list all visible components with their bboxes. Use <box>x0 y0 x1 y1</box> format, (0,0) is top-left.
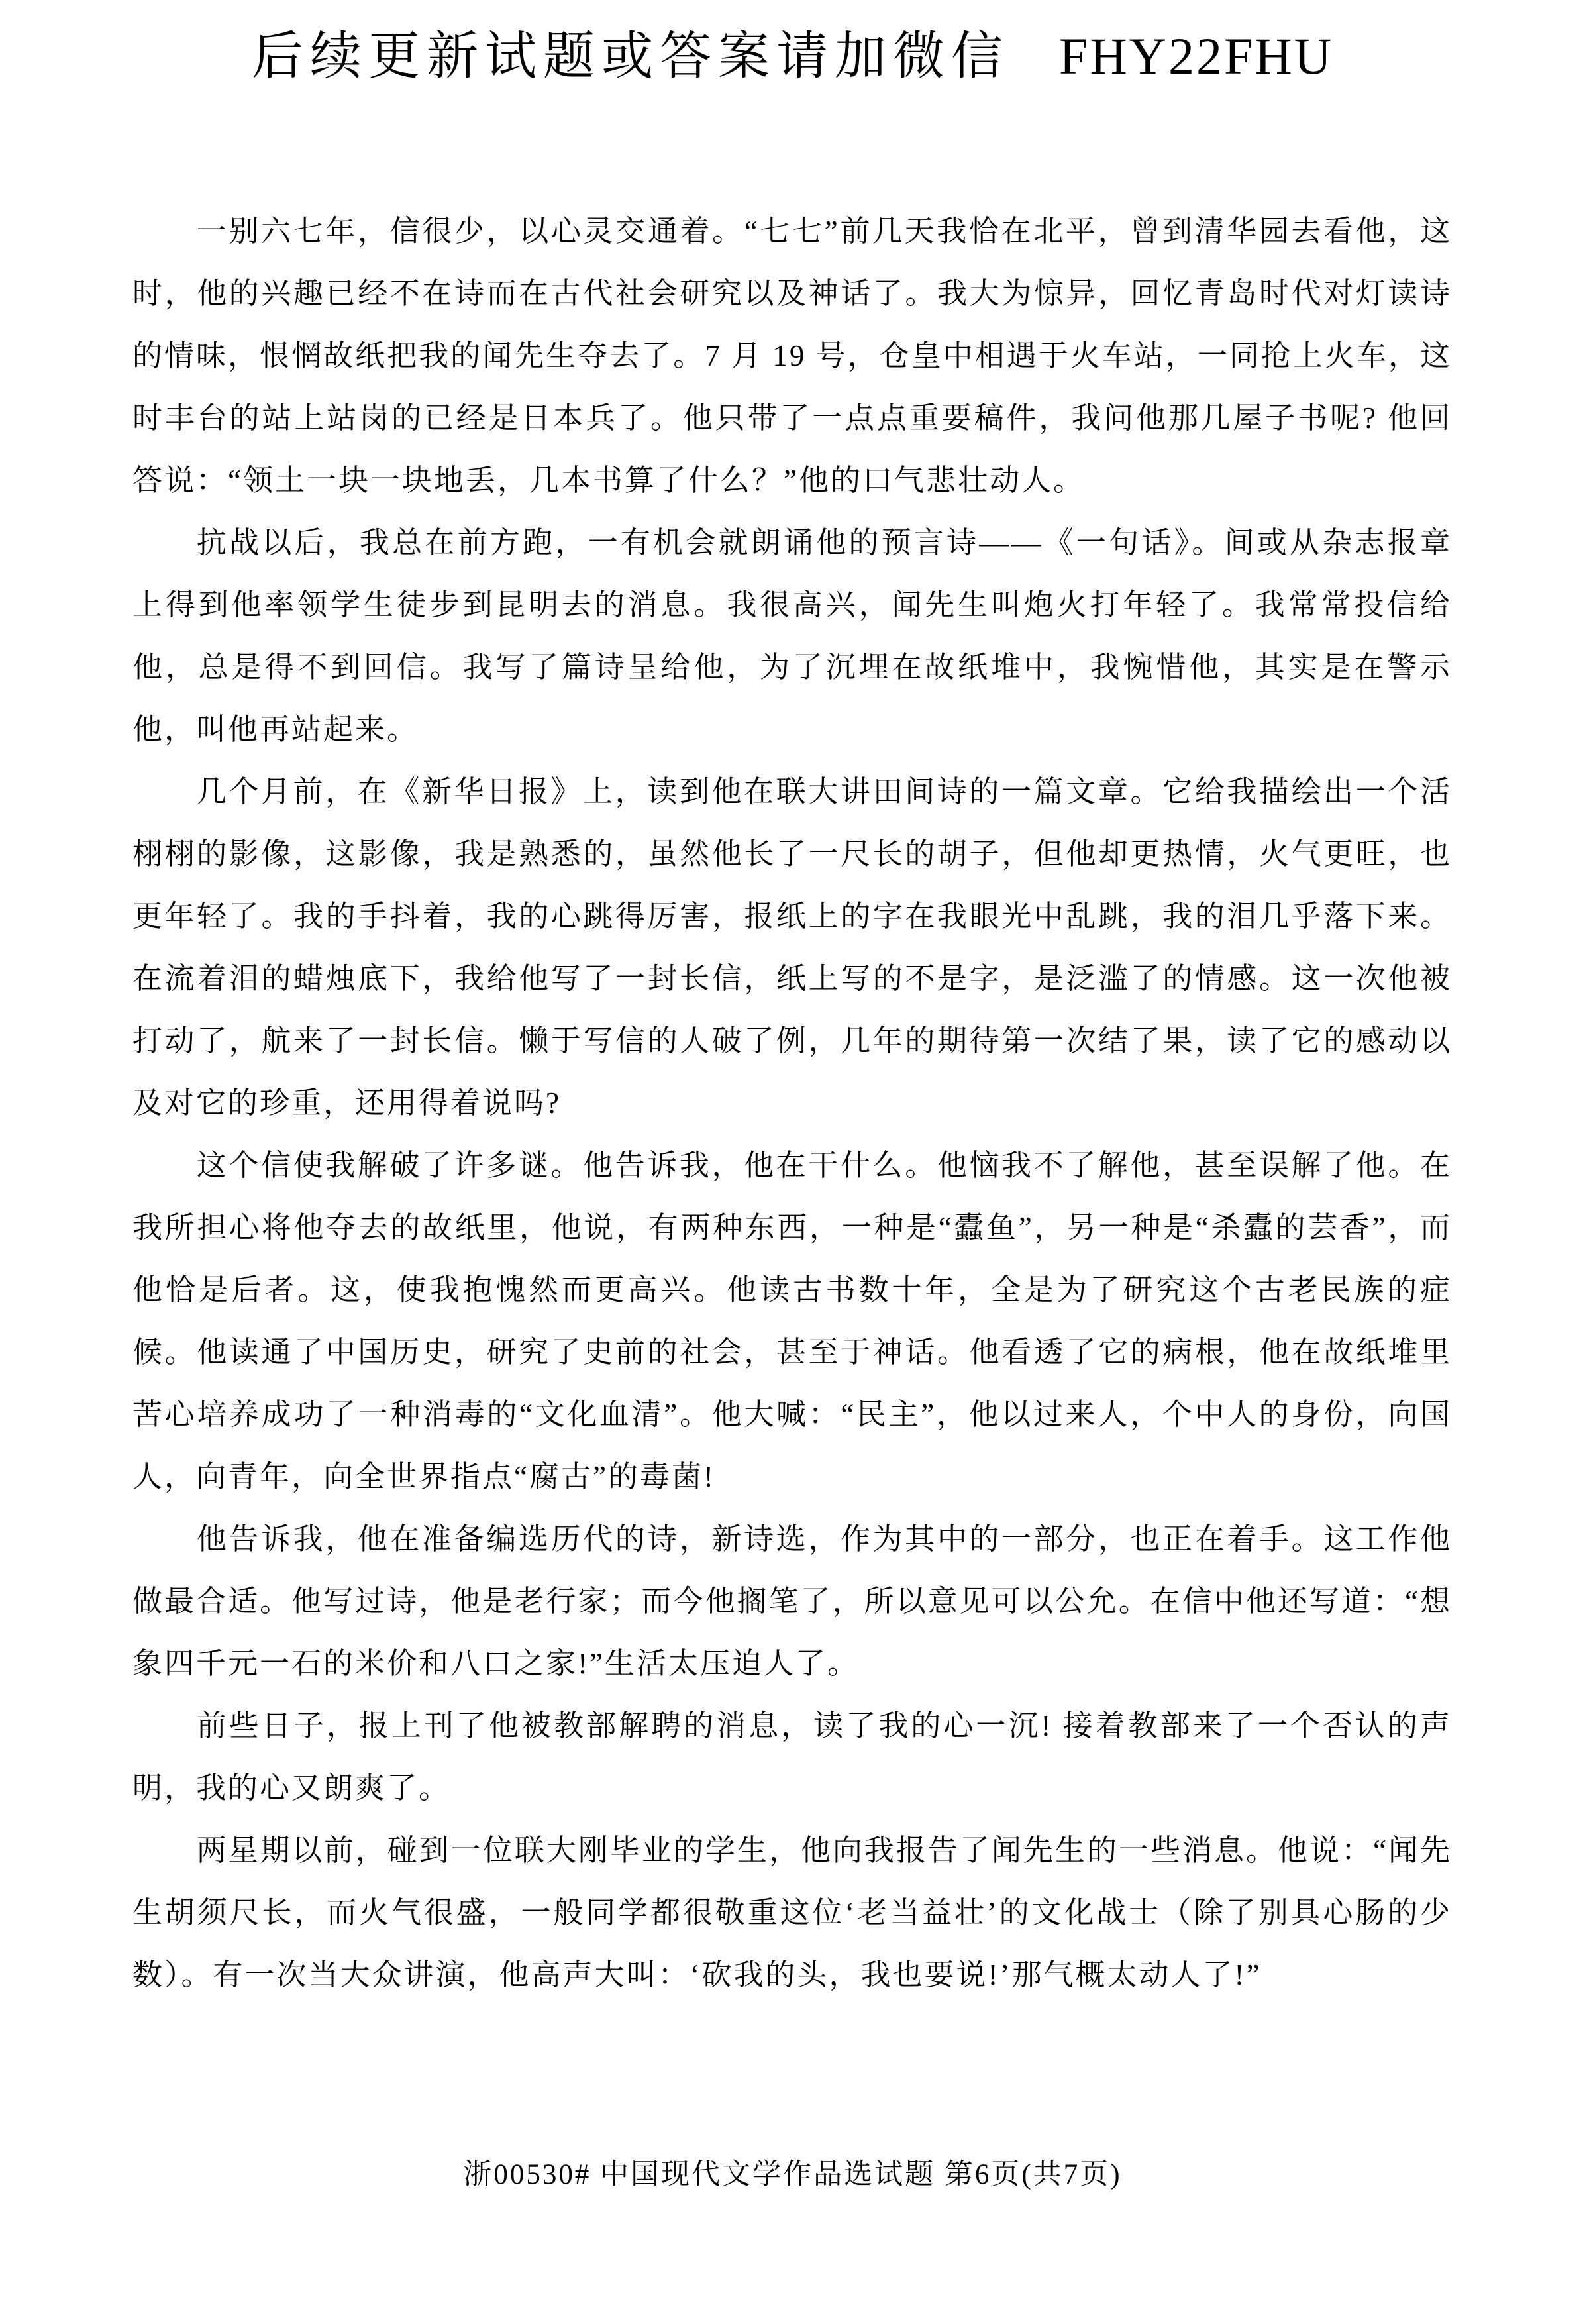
paragraph: 前些日子，报上刊了他被教部解聘的消息，读了我的心一沉! 接着教部来了一个否认的声… <box>132 1695 1452 1819</box>
paragraph: 抗战以后，我总在前方跑，一有机会就朗诵他的预言诗——《一句话》。间或从杂志报章上… <box>132 511 1452 761</box>
paragraph: 这个信使我解破了许多谜。他告诉我，他在干什么。他恼我不了解他，甚至误解了他。在我… <box>132 1134 1452 1508</box>
wechat-contact-note: 后续更新试题或答案请加微信 <box>252 27 1009 85</box>
paragraph: 一别六七年，信很少，以心灵交通着。“七七”前几天我恰在北平，曾到清华园去看他，这… <box>132 200 1452 511</box>
wechat-id: FHY22FHU <box>1059 27 1333 85</box>
paragraph: 两星期以前，碰到一位联大刚毕业的学生，他向我报告了闻先生的一些消息。他说：“闻先… <box>132 1819 1452 2006</box>
footer-page-info: 浙00530# 中国现代文学作品选试题 第6页(共7页) <box>0 2152 1585 2192</box>
page-header: 后续更新试题或答案请加微信FHY22FHU <box>0 20 1585 93</box>
paragraph: 他告诉我，他在准备编选历代的诗，新诗选，作为其中的一部分，也正在着手。这工作他做… <box>132 1508 1452 1695</box>
document-body: 一别六七年，信很少，以心灵交通着。“七七”前几天我恰在北平，曾到清华园去看他，这… <box>132 200 1452 2006</box>
paragraph: 几个月前，在《新华日报》上，读到他在联大讲田间诗的一篇文章。它给我描绘出一个活栩… <box>132 761 1452 1134</box>
exam-paper-page: 后续更新试题或答案请加微信FHY22FHU 一别六七年，信很少，以心灵交通着。“… <box>0 0 1585 2324</box>
